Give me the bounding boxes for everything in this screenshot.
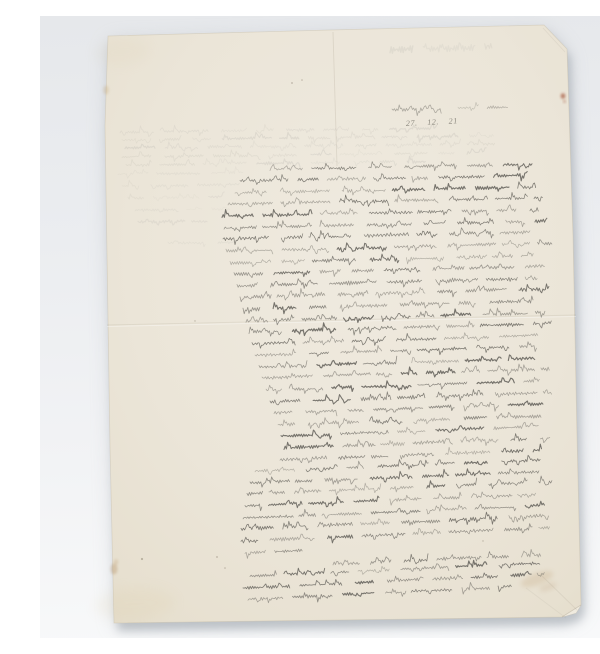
paper-stain — [103, 86, 109, 95]
paper-speck — [141, 558, 143, 560]
paper-stain — [114, 559, 119, 565]
paper-stain — [563, 100, 565, 103]
letter-photograph: 27. 12. 21 Photograph of a faded handwri… — [40, 16, 600, 638]
paper-speck — [194, 320, 195, 321]
paper-speck — [216, 556, 218, 558]
letter-photo-canvas: 27. 12. 21 — [40, 16, 600, 638]
paper-speck — [224, 567, 226, 569]
paper-speck — [301, 79, 303, 81]
paper-speck — [291, 82, 293, 84]
paper-speck — [482, 540, 483, 541]
paper-stain — [561, 93, 566, 99]
paper-stain — [111, 564, 118, 575]
